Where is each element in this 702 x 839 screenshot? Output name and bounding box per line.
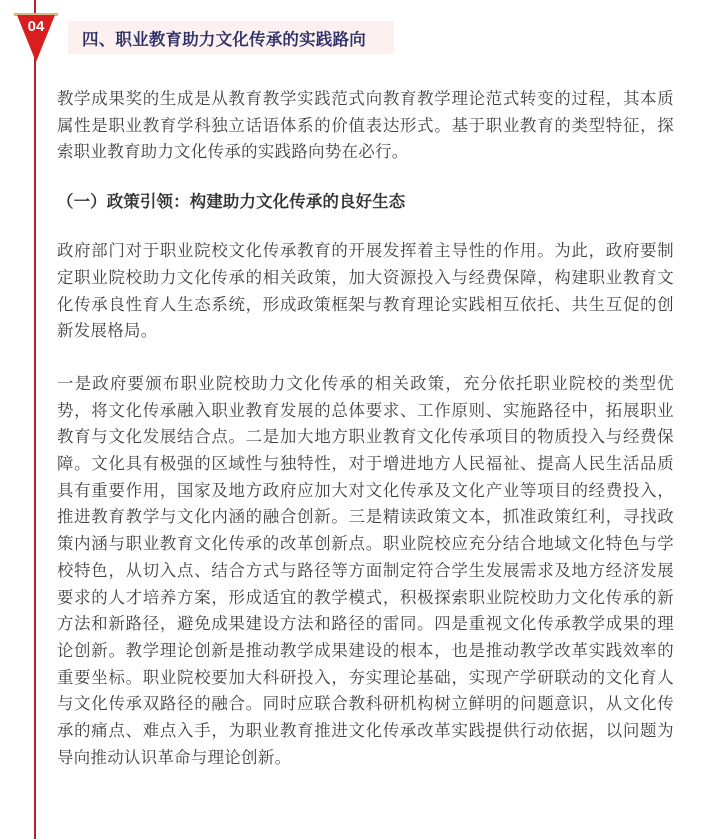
section-title: 四、职业教育助力文化传承的实践路向 <box>82 26 366 50</box>
section-number: 04 <box>14 18 58 35</box>
policy-intro-paragraph: 政府部门对于职业院校文化传承教育的开展发挥着主导性的作用。为此，政府要制定职业院… <box>57 238 674 345</box>
subheading-policy: （一）政策引领：构建助力文化传承的良好生态 <box>57 189 674 215</box>
section-number-pennant: 04 <box>14 12 58 64</box>
timeline-vertical-line <box>34 0 36 839</box>
intro-paragraph: 教学成果奖的生成是从教育教学实践范式向教育教学理论范式转变的过程，其本质属性是职… <box>57 86 674 166</box>
article-body: 教学成果奖的生成是从教育教学实践范式向教育教学理论范式转变的过程，其本质属性是职… <box>57 86 674 771</box>
policy-detail-paragraph: 一是政府要颁布职业院校助力文化传承的相关政策，充分依托职业院校的类型优势，将文化… <box>57 371 674 772</box>
section-title-box: 四、职业教育助力文化传承的实践路向 <box>68 21 394 54</box>
